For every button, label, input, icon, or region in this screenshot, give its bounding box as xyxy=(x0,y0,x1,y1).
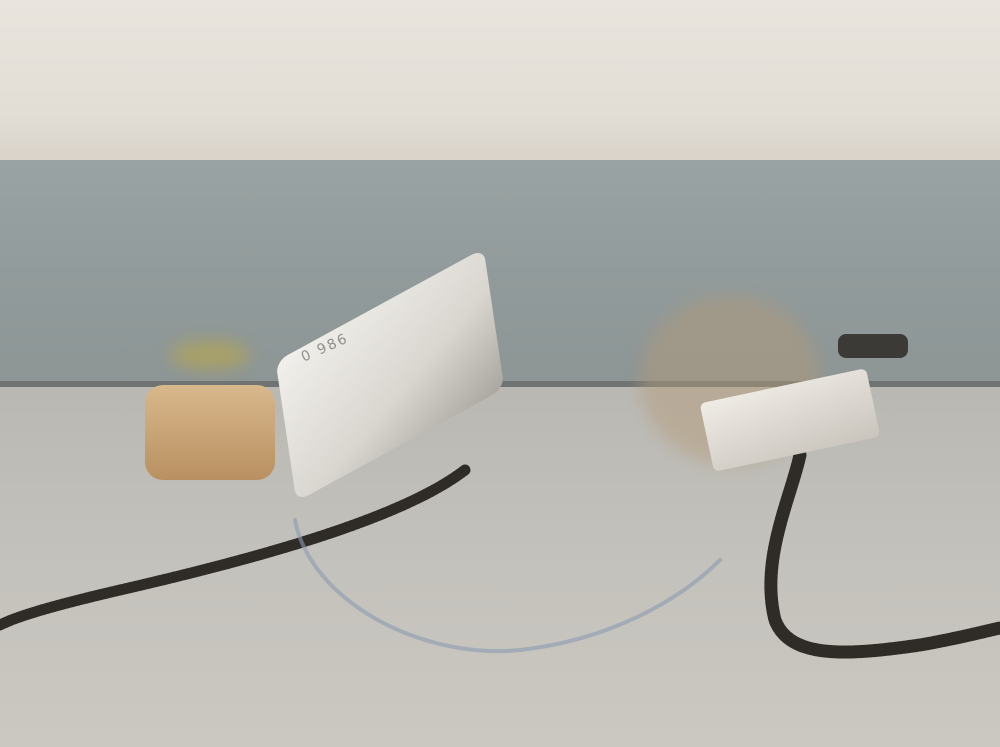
electrical-connector xyxy=(838,334,908,358)
fuel-strainer xyxy=(145,385,275,480)
photo-scene: 0 986 xyxy=(0,0,1000,747)
